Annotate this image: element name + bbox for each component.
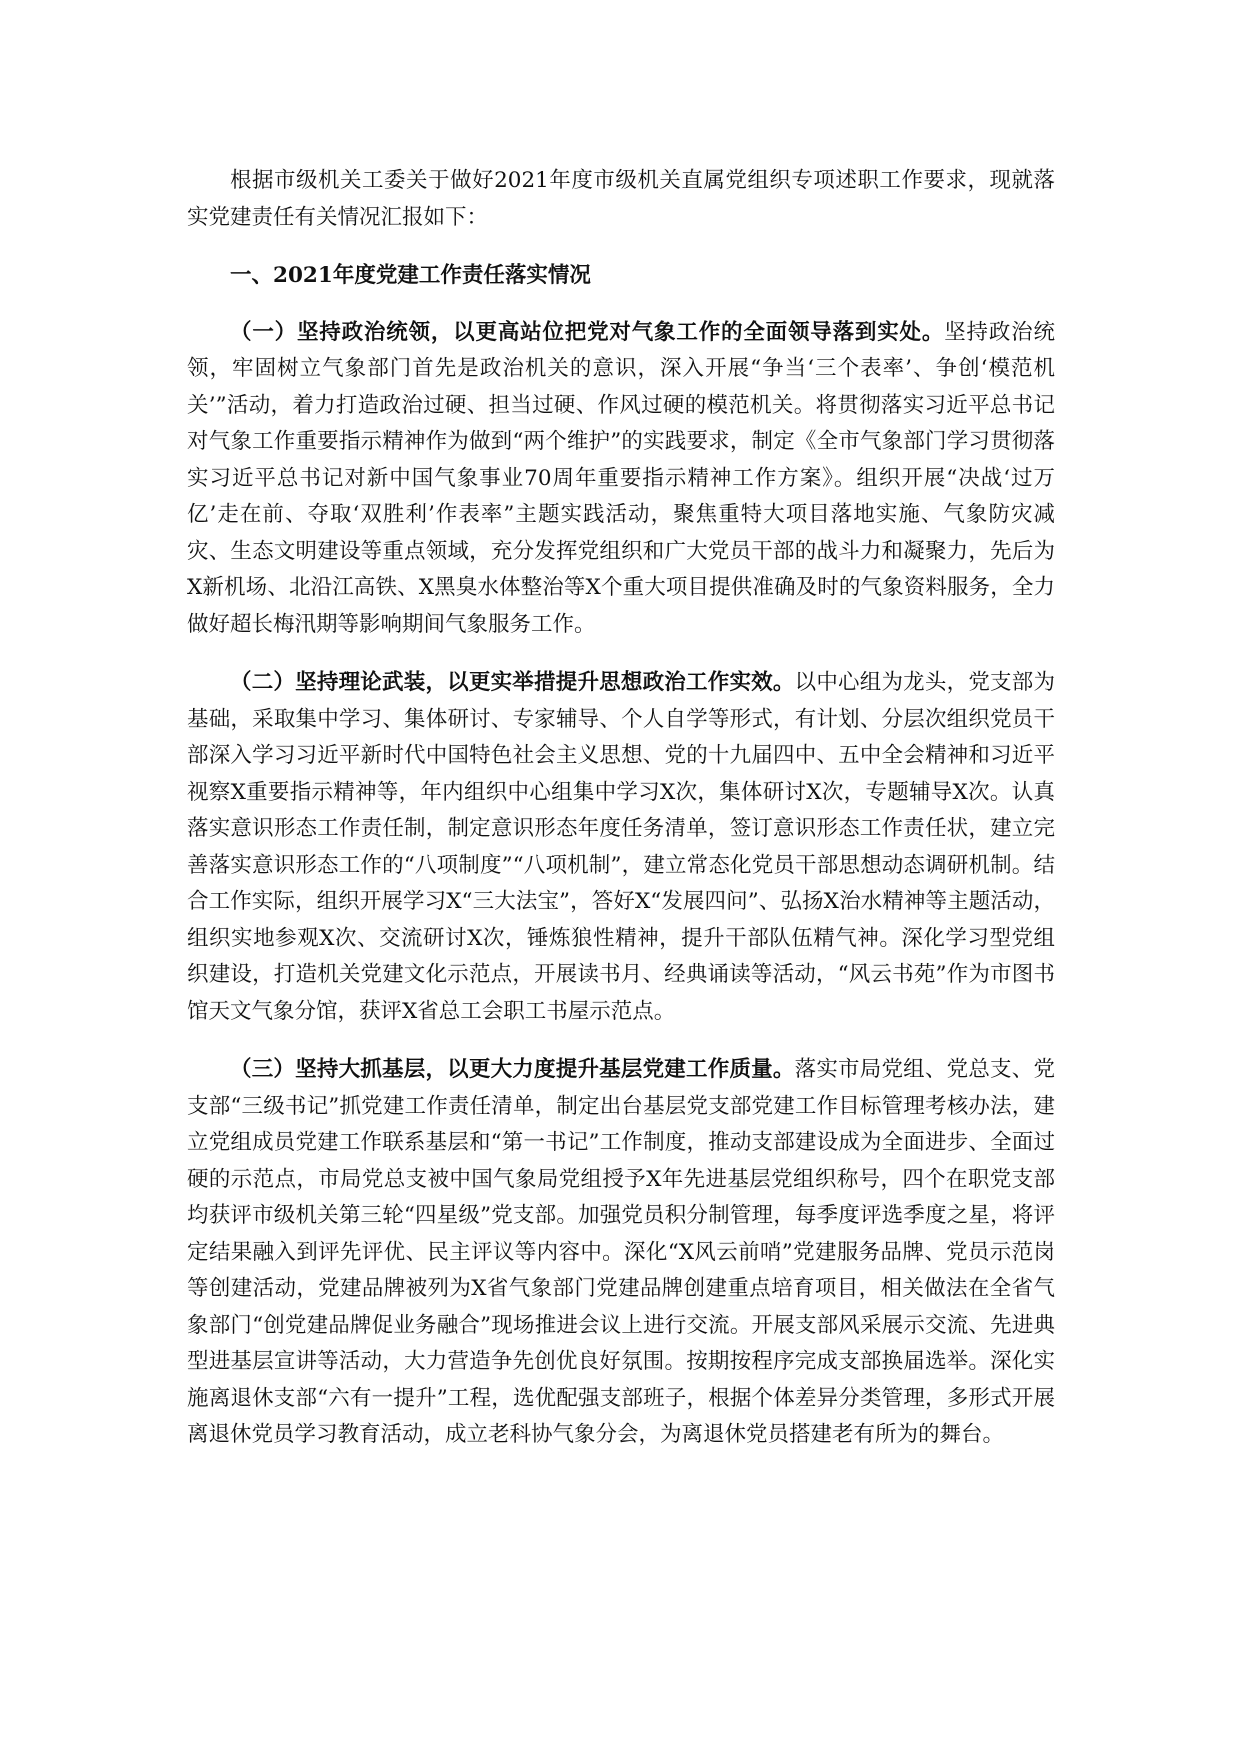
section-2-body: 以中心组为龙头，党支部为基础，采取集中学习、集体研讨、专家辅导、个人自学等形式，… (187, 670, 1055, 1024)
intro-paragraph: 根据市级机关工委关于做好2021年度市级机关直属党组织专项述职工作要求，现就落实… (187, 163, 1055, 236)
section-heading: 一、2021年度党建工作责任落实情况 (187, 258, 1055, 295)
section-2-lead: （二）坚持理论武装，以更实举措提升思想政治工作实效。 (230, 670, 795, 695)
section-1-paragraph: （一）坚持政治统领，以更高站位把党对气象工作的全面领导落到实处。坚持政治统领，牢… (187, 315, 1055, 644)
section-1-lead: （一）坚持政治统领，以更高站位把党对气象工作的全面领导落到实处。 (230, 320, 944, 345)
section-1-body: 坚持政治统领，牢固树立气象部门首先是政治机关的意识，深入开展“争当‘三个表率’、… (187, 320, 1055, 637)
section-2-paragraph: （二）坚持理论武装，以更实举措提升思想政治工作实效。以中心组为龙头，党支部为基础… (187, 665, 1055, 1030)
section-3-paragraph: （三）坚持大抓基层，以更大力度提升基层党建工作质量。落实市局党组、党总支、党支部… (187, 1052, 1055, 1454)
document-page: 根据市级机关工委关于做好2021年度市级机关直属党组织专项述职工作要求，现就落实… (187, 163, 1055, 1476)
section-3-lead: （三）坚持大抓基层，以更大力度提升基层党建工作质量。 (230, 1057, 795, 1082)
section-3-body: 落实市局党组、党总支、党支部“三级书记”抓党建工作责任清单，制定出台基层党支部党… (187, 1057, 1055, 1447)
